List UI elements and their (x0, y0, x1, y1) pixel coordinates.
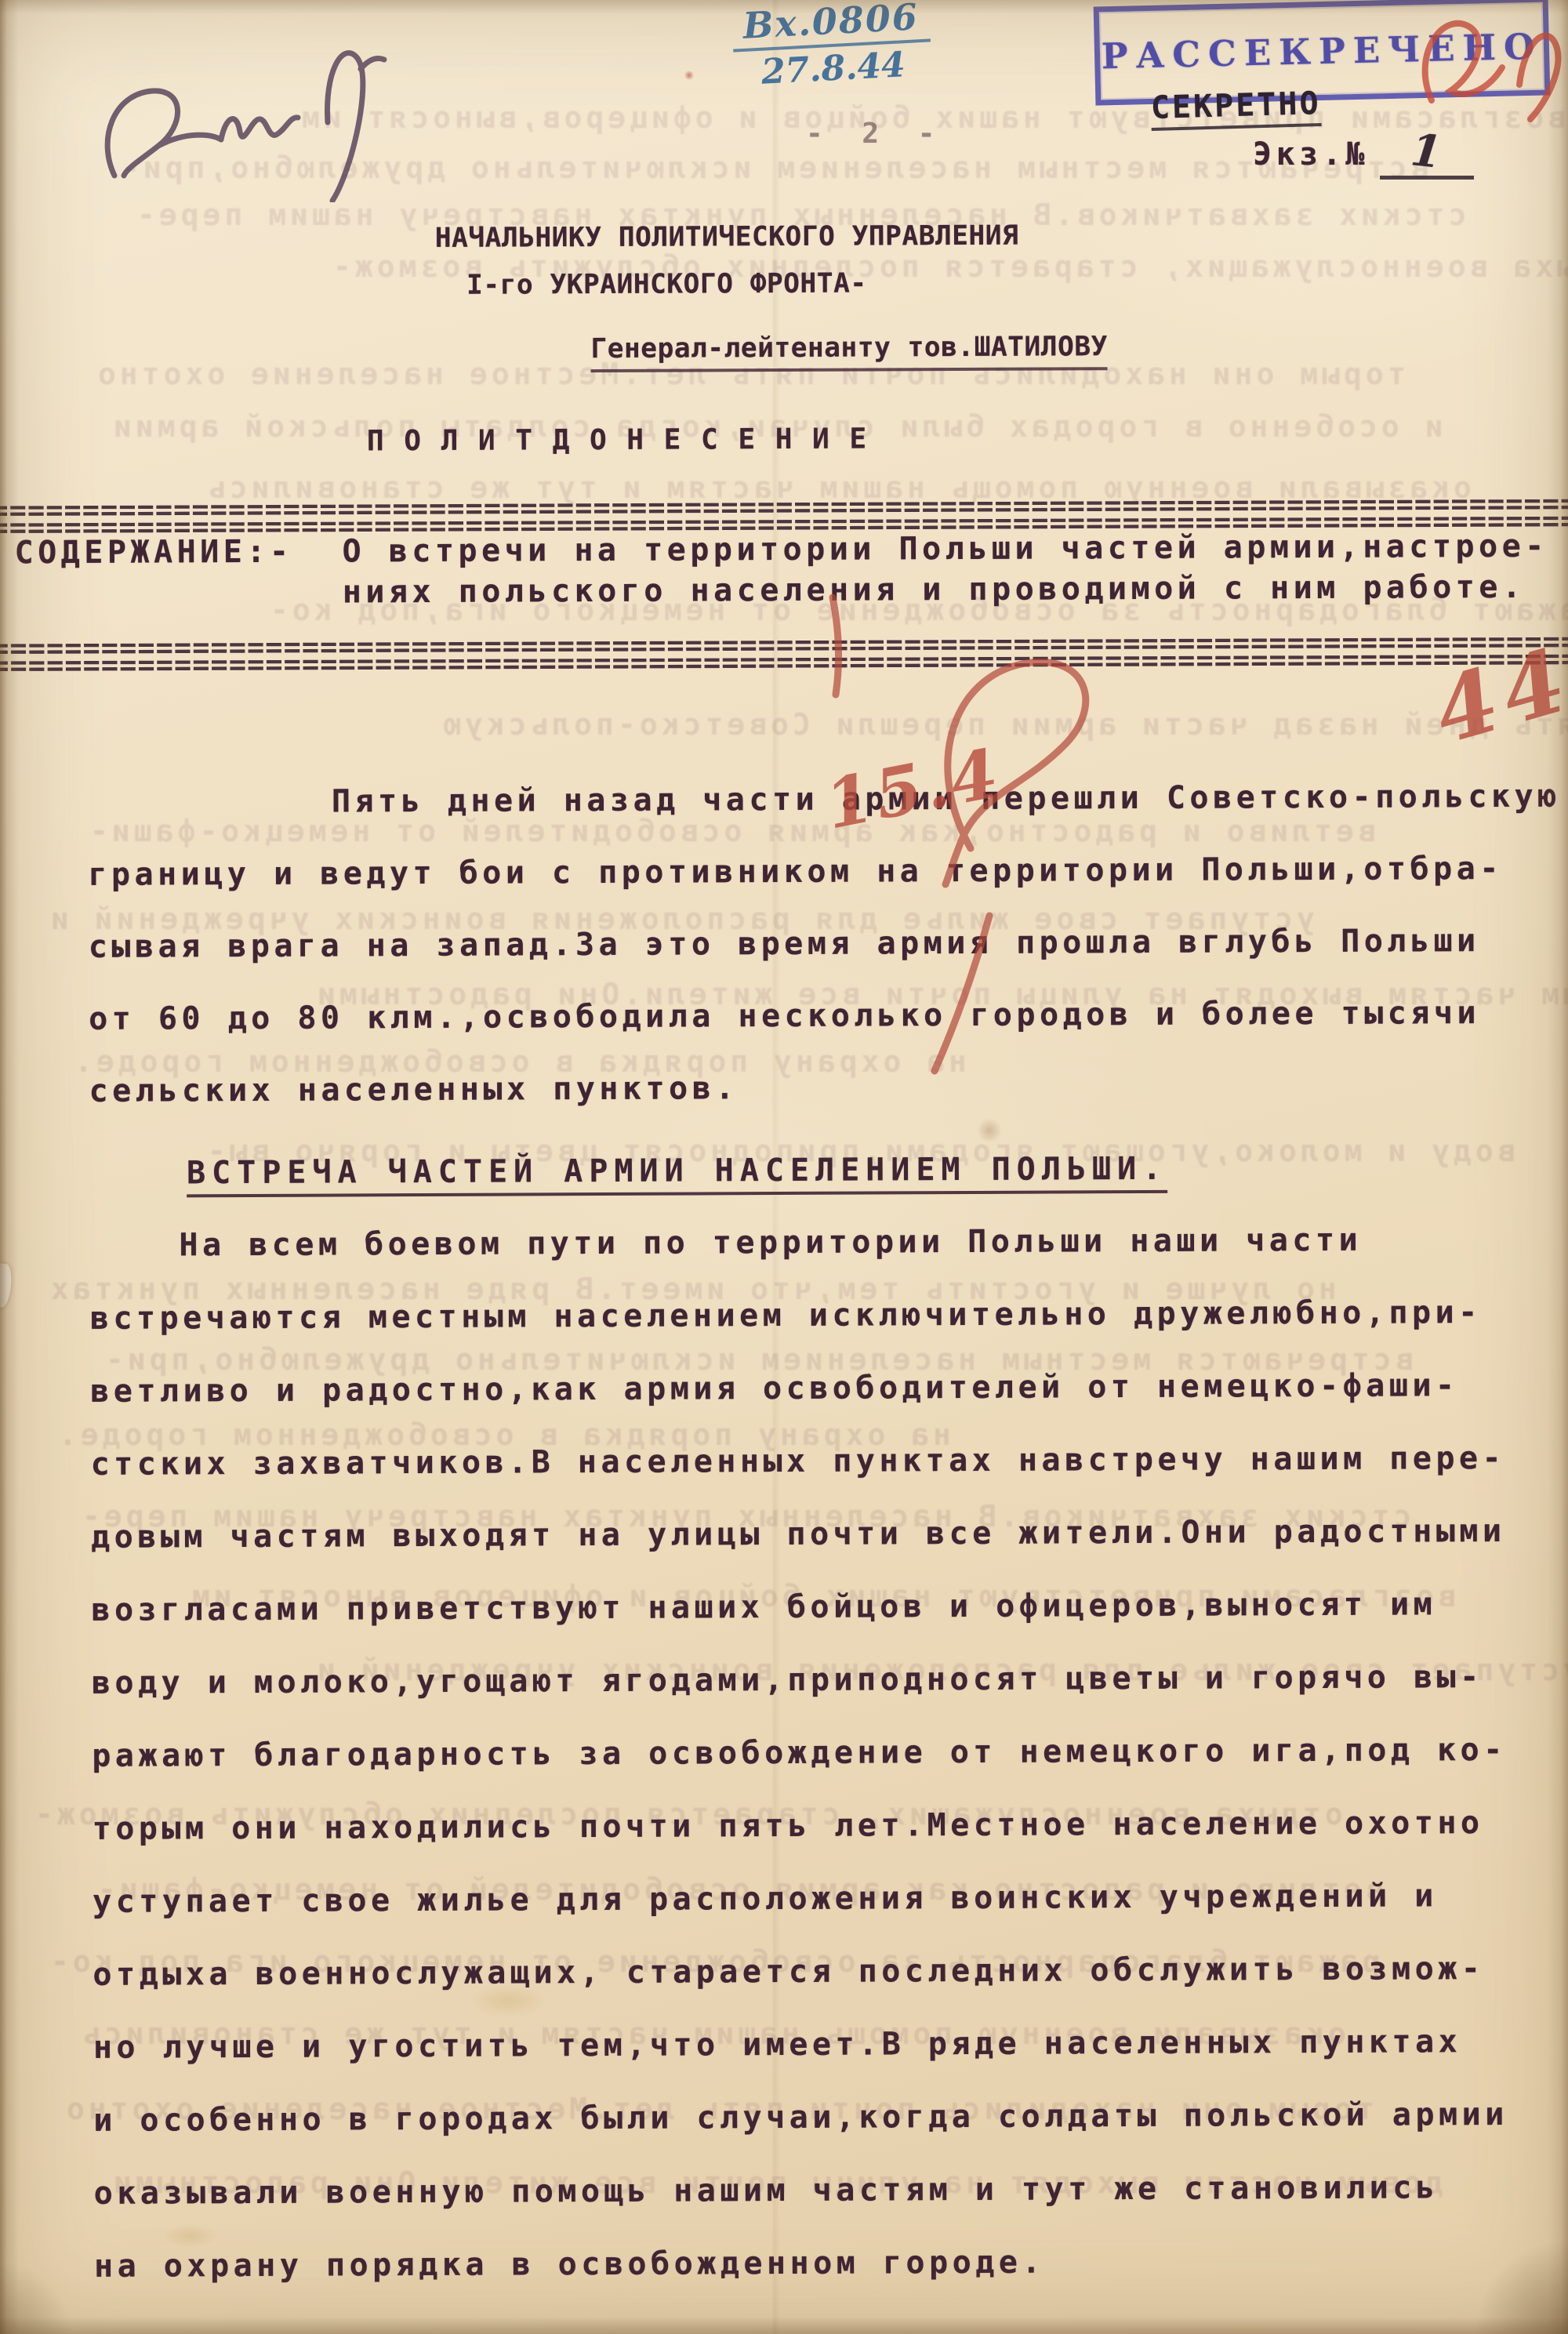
body-line: ражают благодарность за освобождение от … (92, 1732, 1507, 1774)
summary-line-1: О встречи на территории Польши частей ар… (342, 528, 1548, 570)
document-page: возгласами приветствуют наших бойцов и о… (0, 0, 1568, 2334)
summary-label: СОДЕРЖАНИЕ:- (14, 534, 292, 572)
signature-scribble (93, 22, 422, 202)
body-line: на охрану порядка в освобожденном городе… (94, 2245, 1045, 2285)
red-pencil-scrawl (1402, 0, 1568, 133)
addressee-line-3: Генерал-лейтенанту тов.ШАТИЛОВУ (590, 331, 1108, 372)
body-line: от 60 до 80 клм.,освободила несколько го… (89, 995, 1480, 1037)
body-line: сельских населенных пунктов. (89, 1070, 738, 1109)
body-line: оказывали военную помощь нашим частям и … (94, 2169, 1439, 2211)
body-line: отдыха военнослужащих, старается последн… (93, 1951, 1484, 1993)
body-line: стских захватчиков.В населенных пунктах … (91, 1440, 1506, 1483)
body-line: довым частям выходят на улицы почти все … (91, 1513, 1506, 1555)
summary-line-2: ниях польского населения и проводимой с … (343, 569, 1526, 611)
incoming-registration: Вх.0806 27.8.44 (731, 0, 933, 94)
document-title: П О Л И Т Д О Н Е С Е Н И Е (367, 423, 868, 458)
addressee-line-1: НАЧАЛЬНИКУ ПОЛИТИЧЕСКОГО УПРАВЛЕНИЯ (435, 220, 1019, 254)
body-line: На всем боевом пути по территории Польши… (179, 1222, 1362, 1264)
body-line: торым они находились почти пять лет.Мест… (93, 1805, 1484, 1847)
section-heading: ВСТРЕЧА ЧАСТЕЙ АРМИИ НАСЕЛЕНИЕМ ПОЛЬШИ. (187, 1151, 1167, 1197)
body-line: границу и ведут бои с противником на тер… (88, 851, 1503, 893)
typed-text-layer: НАЧАЛЬНИКУ ПОЛИТИЧЕСКОГО УПРАВЛЕНИЯ I-го… (0, 0, 1568, 2334)
body-line: сывая врага на запад.За это время армия … (89, 923, 1480, 965)
addressee-line-2: I-го УКРАИНСКОГО ФРОНТА- (466, 268, 867, 301)
body-line: и особенно в городах были случаи,когда с… (93, 2096, 1508, 2139)
body-line: возгласами приветствуют наших бойцов и о… (91, 1586, 1436, 1628)
copy-label: Экз.№ (1253, 136, 1369, 172)
divider-row: ========================================… (0, 644, 1568, 681)
body-line: ветливо и радостно,как армия освободител… (90, 1367, 1459, 1410)
body-line: встречаются местным населением исключите… (90, 1294, 1482, 1337)
body-line: уступает свое жилье для расположения вои… (93, 1878, 1438, 1919)
body-line: воду и молоко,угощают ягодами,приподнося… (92, 1659, 1483, 1701)
body-line: но лучше и угостить тем,что имеет.В ряде… (93, 2024, 1462, 2066)
